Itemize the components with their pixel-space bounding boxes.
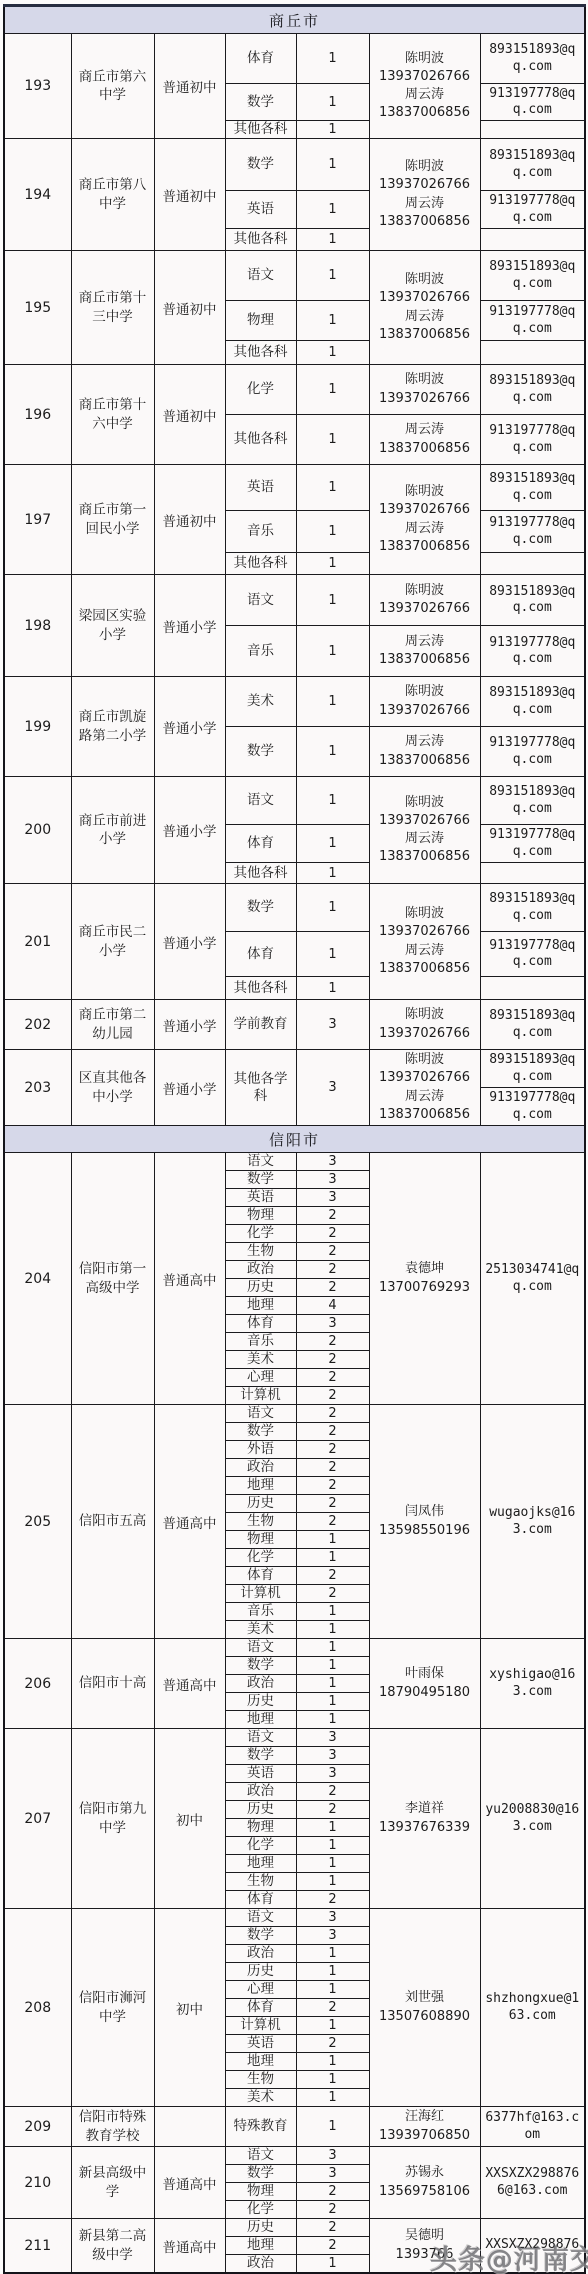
recruitment-table: 商丘市193商丘市第六中学普通初中体育1陈明波13937026766周云涛138… xyxy=(3,4,586,2274)
subject-count-cell: 1 xyxy=(296,1693,369,1711)
contact-cell: 袁德坤13700769293 xyxy=(369,1153,480,1405)
school-name-cell: 商丘市第六中学 xyxy=(71,34,154,139)
email-cell: 893151893@qq.com xyxy=(480,575,585,626)
school-name-cell: 商丘市第八中学 xyxy=(71,139,154,251)
subject-cell: 化学 xyxy=(225,1837,296,1855)
email-cell: 893151893@qq.com xyxy=(480,251,585,301)
subject-count-cell: 1 xyxy=(296,977,369,1000)
contact-line: 13837006856 xyxy=(372,326,478,344)
email-cell: 893151893@qq.com xyxy=(480,1050,585,1088)
school-name-cell: 信阳市第一高级中学 xyxy=(71,1153,154,1405)
school-type-cell: 普通小学 xyxy=(154,884,225,1000)
subject-count-cell: 1 xyxy=(296,84,369,121)
subject-cell: 其他各科 xyxy=(225,341,296,365)
subject-count-cell: 1 xyxy=(296,251,369,301)
school-name-cell: 信阳市第九中学 xyxy=(71,1729,154,1909)
subject-cell: 体育 xyxy=(225,1999,296,2017)
subject-count-cell: 1 xyxy=(296,884,369,932)
subject-count-cell: 1 xyxy=(296,825,369,863)
subject-count-cell: 1 xyxy=(296,121,369,139)
subject-count-cell: 3 xyxy=(296,1927,369,1945)
subject-cell: 其他各科 xyxy=(225,229,296,251)
subject-count-cell: 1 xyxy=(296,1873,369,1891)
contact-line: 周云涛 xyxy=(372,520,478,538)
city-header-row: 商丘市 xyxy=(4,6,585,34)
contact-line: 李道祥 xyxy=(372,1800,478,1818)
school-type-cell: 初中 xyxy=(154,1909,225,2107)
subject-cell: 地理 xyxy=(225,2053,296,2071)
email-cell: 913197778@qq.com xyxy=(480,825,585,863)
subject-count-cell: 1 xyxy=(296,415,369,465)
school-name-cell: 商丘市第十六中学 xyxy=(71,365,154,465)
subject-cell: 化学 xyxy=(225,1549,296,1567)
contact-line: 13837006856 xyxy=(372,960,478,978)
contact-line: 吴德明 xyxy=(372,2227,478,2245)
row-number-cell: 193 xyxy=(4,34,71,139)
contact-line: 1393766 xyxy=(372,2246,478,2264)
school-name-cell: 商丘市第二幼儿园 xyxy=(71,1000,154,1050)
contact-line: 叶雨保 xyxy=(372,1665,478,1683)
subject-count-cell: 2 xyxy=(296,1351,369,1369)
subject-count-cell: 1 xyxy=(296,932,369,977)
subject-cell: 地理 xyxy=(225,2237,296,2255)
contact-cell: 汪海红13939706850 xyxy=(369,2107,480,2147)
subject-count-cell: 1 xyxy=(296,1963,369,1981)
subject-cell: 体育 xyxy=(225,34,296,84)
table-row: 193商丘市第六中学普通初中体育1陈明波13937026766周云涛138370… xyxy=(4,34,585,84)
email-cell: 893151893@qq.com xyxy=(480,365,585,415)
subject-cell: 语文 xyxy=(225,1909,296,1927)
contact-cell: 闫凤伟13598550196 xyxy=(369,1405,480,1639)
subject-cell: 语文 xyxy=(225,777,296,825)
contact-cell: 陈明波13937026766 xyxy=(369,1000,480,1050)
subject-count-cell: 2 xyxy=(296,1423,369,1441)
subject-count-cell: 3 xyxy=(296,2165,369,2183)
contact-line: 13937676339 xyxy=(372,1819,478,1837)
subject-count-cell: 1 xyxy=(296,1819,369,1837)
email-cell: 913197778@qq.com xyxy=(480,1088,585,1126)
subject-cell: 化学 xyxy=(225,2201,296,2219)
subject-count-cell: 1 xyxy=(296,2053,369,2071)
email-cell: 913197778@qq.com xyxy=(480,301,585,341)
email-cell: 913197778@qq.com xyxy=(480,191,585,229)
subject-cell: 数学 xyxy=(225,84,296,121)
school-name-cell: 商丘市第十三中学 xyxy=(71,251,154,365)
contact-line: 13700769293 xyxy=(372,1279,478,1297)
subject-cell: 物理 xyxy=(225,2183,296,2201)
subject-cell: 计算机 xyxy=(225,1387,296,1405)
subject-count-cell: 3 xyxy=(296,1171,369,1189)
subject-cell: 体育 xyxy=(225,1315,296,1333)
email-cell: 913197778@qq.com xyxy=(480,932,585,977)
contact-line: 周云涛 xyxy=(372,733,478,751)
email-cell: 893151893@qq.com xyxy=(480,1000,585,1050)
subject-count-cell: 2 xyxy=(296,1459,369,1477)
email-cell: 913197778@qq.com xyxy=(480,511,585,553)
subject-cell: 英语 xyxy=(225,1765,296,1783)
contact-line: 周云涛 xyxy=(372,1088,478,1106)
contact-line: 陈明波 xyxy=(372,1006,478,1024)
school-name-cell: 新县第二高级中学 xyxy=(71,2219,154,2274)
subject-cell: 体育 xyxy=(225,932,296,977)
subject-cell: 地理 xyxy=(225,1297,296,1315)
contact-cell: 陈明波13937026766 xyxy=(369,575,480,626)
subject-cell: 体育 xyxy=(225,1567,296,1585)
subject-count-cell: 1 xyxy=(296,511,369,553)
school-type-cell: 普通小学 xyxy=(154,677,225,777)
subject-cell: 语文 xyxy=(225,2147,296,2165)
table-row: 202商丘市第二幼儿园普通小学学前教育3陈明波13937026766893151… xyxy=(4,1000,585,1050)
contact-line: 13937026766 xyxy=(372,923,478,941)
contact-line: 13837006856 xyxy=(372,848,478,866)
contact-line: 13598550196 xyxy=(372,1522,478,1540)
row-number-cell: 197 xyxy=(4,465,71,575)
table-row: 198梁园区实验小学普通小学语文1陈明波13937026766893151893… xyxy=(4,575,585,626)
subject-count-cell: 1 xyxy=(296,777,369,825)
email-cell: XXSXZX2988766@163.com xyxy=(480,2147,585,2219)
subject-count-cell: 1 xyxy=(296,301,369,341)
contact-cell: 苏锡永13569758106 xyxy=(369,2147,480,2219)
school-type-cell: 普通初中 xyxy=(154,251,225,365)
row-number-cell: 206 xyxy=(4,1639,71,1729)
contact-line: 13837006856 xyxy=(372,651,478,669)
contact-line: 陈明波 xyxy=(372,483,478,501)
subject-cell: 语文 xyxy=(225,1729,296,1747)
subject-cell: 音乐 xyxy=(225,626,296,677)
email-cell: 893151893@qq.com xyxy=(480,677,585,727)
contact-cell: 周云涛13837006856 xyxy=(369,727,480,777)
email-cell xyxy=(480,863,585,884)
subject-count-cell: 2 xyxy=(296,1801,369,1819)
table-row: 206信阳市十高普通高中语文1叶雨保18790495180xyshigao@16… xyxy=(4,1639,585,1657)
contact-line: 陈明波 xyxy=(372,582,478,600)
contact-cell: 陈明波13937026766 xyxy=(369,365,480,415)
subject-cell: 历史 xyxy=(225,1693,296,1711)
row-number-cell: 200 xyxy=(4,777,71,884)
email-cell: 6377hf@163.com xyxy=(480,2107,585,2147)
school-name-cell: 商丘市凯旋路第二小学 xyxy=(71,677,154,777)
subject-count-cell: 2 xyxy=(296,1783,369,1801)
subject-cell: 数学 xyxy=(225,1927,296,1945)
school-type-cell: 普通高中 xyxy=(154,1153,225,1405)
subject-count-cell: 1 xyxy=(296,1603,369,1621)
subject-count-cell: 1 xyxy=(296,2089,369,2107)
contact-cell: 周云涛13837006856 xyxy=(369,415,480,465)
page: { "watermark": "头条@河南交通广播", "table": { "… xyxy=(0,0,588,2274)
email-cell: yu2008830@163.com xyxy=(480,1729,585,1909)
table-row: 195商丘市第十三中学普通初中语文1陈明波13937026766周云涛13837… xyxy=(4,251,585,301)
table-row: 194商丘市第八中学普通初中数学1陈明波13937026766周云涛138370… xyxy=(4,139,585,191)
subject-cell: 语文 xyxy=(225,1639,296,1657)
subject-cell: 语文 xyxy=(225,251,296,301)
subject-count-cell: 1 xyxy=(296,1531,369,1549)
subject-count-cell: 1 xyxy=(296,465,369,511)
subject-cell: 音乐 xyxy=(225,511,296,553)
table-row: 201商丘市民二小学普通小学数学1陈明波13937026766周云涛138370… xyxy=(4,884,585,932)
subject-cell: 数学 xyxy=(225,2165,296,2183)
school-type-cell: 普通初中 xyxy=(154,139,225,251)
subject-cell: 物理 xyxy=(225,1819,296,1837)
subject-cell: 语文 xyxy=(225,1153,296,1171)
subject-count-cell: 1 xyxy=(296,2071,369,2089)
subject-count-cell: 3 xyxy=(296,1747,369,1765)
row-number-cell: 202 xyxy=(4,1000,71,1050)
contact-cell: 李道祥13937676339 xyxy=(369,1729,480,1909)
subject-count-cell: 1 xyxy=(296,626,369,677)
subject-cell: 计算机 xyxy=(225,1585,296,1603)
row-number-cell: 209 xyxy=(4,2107,71,2147)
subject-cell: 生物 xyxy=(225,1243,296,1261)
email-cell: 913197778@qq.com xyxy=(480,626,585,677)
subject-cell: 音乐 xyxy=(225,1333,296,1351)
school-type-cell: 普通小学 xyxy=(154,575,225,677)
row-number-cell: 194 xyxy=(4,139,71,251)
subject-count-cell: 1 xyxy=(296,2255,369,2274)
subject-count-cell: 2 xyxy=(296,1225,369,1243)
contact-line: 陈明波 xyxy=(372,371,478,389)
school-type-cell: 普通高中 xyxy=(154,1639,225,1729)
subject-cell: 数学 xyxy=(225,139,296,191)
email-cell xyxy=(480,553,585,575)
school-name-cell: 商丘市前进小学 xyxy=(71,777,154,884)
subject-cell: 政治 xyxy=(225,1675,296,1693)
subject-cell: 地理 xyxy=(225,1711,296,1729)
table-row: 200商丘市前进小学普通小学语文1陈明波13937026766周云涛138370… xyxy=(4,777,585,825)
subject-count-cell: 2 xyxy=(296,1495,369,1513)
contact-line: 陈明波 xyxy=(372,1051,478,1069)
table-row: 207信阳市第九中学初中语文3李道祥13937676339yu2008830@1… xyxy=(4,1729,585,1747)
contact-cell: 陈明波13937026766周云涛13837006856 xyxy=(369,884,480,1000)
email-cell: 913197778@qq.com xyxy=(480,415,585,465)
subject-cell: 英语 xyxy=(225,1189,296,1207)
subject-cell: 语文 xyxy=(225,1405,296,1423)
subject-cell: 美术 xyxy=(225,677,296,727)
row-number-cell: 207 xyxy=(4,1729,71,1909)
subject-count-cell: 1 xyxy=(296,677,369,727)
subject-cell: 美术 xyxy=(225,1621,296,1639)
row-number-cell: 195 xyxy=(4,251,71,365)
subject-cell: 其他各科 xyxy=(225,553,296,575)
school-type-cell: 普通高中 xyxy=(154,1405,225,1639)
subject-cell: 物理 xyxy=(225,1531,296,1549)
subject-count-cell: 2 xyxy=(296,1513,369,1531)
subject-count-cell: 1 xyxy=(296,1855,369,1873)
school-type-cell: 普通初中 xyxy=(154,465,225,575)
subject-count-cell: 2 xyxy=(296,1207,369,1225)
subject-count-cell: 1 xyxy=(296,1675,369,1693)
contact-cell: 陈明波13937026766周云涛13837006856 xyxy=(369,139,480,251)
subject-count-cell: 1 xyxy=(296,1639,369,1657)
subject-cell: 学前教育 xyxy=(225,1000,296,1050)
subject-count-cell: 3 xyxy=(296,1729,369,1747)
email-cell: 893151893@qq.com xyxy=(480,777,585,825)
subject-cell: 美术 xyxy=(225,1351,296,1369)
subject-count-cell: 3 xyxy=(296,2147,369,2165)
email-cell: 893151893@qq.com xyxy=(480,884,585,932)
subject-count-cell: 3 xyxy=(296,1909,369,1927)
subject-cell: 心理 xyxy=(225,1981,296,1999)
subject-count-cell: 4 xyxy=(296,1297,369,1315)
subject-count-cell: 2 xyxy=(296,1441,369,1459)
school-name-cell: 梁园区实验小学 xyxy=(71,575,154,677)
city-header-row: 信阳市 xyxy=(4,1126,585,1153)
subject-cell: 物理 xyxy=(225,301,296,341)
table-row: 209信阳市特殊教育学校特殊教育1汪海红139397068506377hf@16… xyxy=(4,2107,585,2147)
contact-line: 周云涛 xyxy=(372,308,478,326)
contact-line: 13569758106 xyxy=(372,2183,478,2201)
email-cell: xyshigao@163.com xyxy=(480,1639,585,1729)
school-type-cell: 普通初中 xyxy=(154,365,225,465)
subject-cell: 其他各学科 xyxy=(225,1050,296,1126)
subject-count-cell: 1 xyxy=(296,139,369,191)
subject-cell: 历史 xyxy=(225,1279,296,1297)
contact-line: 汪海红 xyxy=(372,2108,478,2126)
table-row: 196商丘市第十六中学普通初中化学1陈明波1393702676689315189… xyxy=(4,365,585,415)
subject-count-cell: 1 xyxy=(296,553,369,575)
email-cell: 893151893@qq.com xyxy=(480,139,585,191)
contact-line: 13937026766 xyxy=(372,1069,478,1087)
contact-line: 陈明波 xyxy=(372,158,478,176)
contact-line: 13837006856 xyxy=(372,752,478,770)
city-header: 信阳市 xyxy=(4,1126,585,1153)
school-name-cell: 信阳市十高 xyxy=(71,1639,154,1729)
school-type-cell: 普通高中 xyxy=(154,2147,225,2219)
contact-line: 刘世强 xyxy=(372,1989,478,2007)
school-type-cell xyxy=(154,2107,225,2147)
contact-line: 13937026766 xyxy=(372,702,478,720)
contact-line: 13937026766 xyxy=(372,68,478,86)
contact-line: 周云涛 xyxy=(372,633,478,651)
contact-line: 周云涛 xyxy=(372,86,478,104)
subject-count-cell: 1 xyxy=(296,229,369,251)
subject-cell: 物理 xyxy=(225,1207,296,1225)
subject-cell: 政治 xyxy=(225,1261,296,1279)
school-type-cell: 普通小学 xyxy=(154,1050,225,1126)
city-header: 商丘市 xyxy=(4,6,585,34)
school-name-cell: 商丘市第一回民小学 xyxy=(71,465,154,575)
subject-count-cell: 1 xyxy=(296,1657,369,1675)
contact-line: 陈明波 xyxy=(372,683,478,701)
subject-cell: 化学 xyxy=(225,1225,296,1243)
contact-line: 18790495180 xyxy=(372,1684,478,1702)
contact-line: 13837006856 xyxy=(372,538,478,556)
recruitment-table-body: 商丘市193商丘市第六中学普通初中体育1陈明波13937026766周云涛138… xyxy=(4,6,585,2274)
subject-count-cell: 1 xyxy=(296,1981,369,1999)
contact-line: 13507608890 xyxy=(372,2008,478,2026)
table-row: 210新县高级中学普通高中语文3苏锡永13569758106XXSXZX2988… xyxy=(4,2147,585,2165)
contact-line: 13837006856 xyxy=(372,213,478,231)
subject-cell: 数学 xyxy=(225,1423,296,1441)
school-name-cell: 新县高级中学 xyxy=(71,2147,154,2219)
row-number-cell: 208 xyxy=(4,1909,71,2107)
subject-cell: 政治 xyxy=(225,1783,296,1801)
contact-line: 陈明波 xyxy=(372,271,478,289)
row-number-cell: 196 xyxy=(4,365,71,465)
contact-line: 13937026766 xyxy=(372,390,478,408)
spreadsheet-capture: 商丘市193商丘市第六中学普通初中体育1陈明波13937026766周云涛138… xyxy=(3,4,586,2274)
subject-count-cell: 1 xyxy=(296,1621,369,1639)
subject-count-cell: 3 xyxy=(296,1189,369,1207)
subject-count-cell: 2 xyxy=(296,1369,369,1387)
contact-cell: 陈明波13937026766周云涛13837006856 xyxy=(369,251,480,365)
subject-cell: 英语 xyxy=(225,465,296,511)
email-cell: shzhongxue@163.com xyxy=(480,1909,585,2107)
subject-cell: 地理 xyxy=(225,1477,296,1495)
subject-count-cell: 3 xyxy=(296,1153,369,1171)
table-row: 204信阳市第一高级中学普通高中语文3袁德坤137007692932513034… xyxy=(4,1153,585,1171)
subject-count-cell: 2 xyxy=(296,1387,369,1405)
subject-count-cell: 2 xyxy=(296,2219,369,2237)
subject-count-cell: 3 xyxy=(296,1000,369,1050)
contact-line: 周云涛 xyxy=(372,421,478,439)
subject-cell: 其他各科 xyxy=(225,121,296,139)
contact-cell: 周云涛13837006856 xyxy=(369,626,480,677)
subject-count-cell: 2 xyxy=(296,2183,369,2201)
contact-line: 袁德坤 xyxy=(372,1260,478,1278)
subject-cell: 其他各科 xyxy=(225,977,296,1000)
subject-count-cell: 2 xyxy=(296,2201,369,2219)
table-row: 197商丘市第一回民小学普通初中英语1陈明波13937026766周云涛1383… xyxy=(4,465,585,511)
subject-cell: 历史 xyxy=(225,1963,296,1981)
subject-count-cell: 2 xyxy=(296,1585,369,1603)
subject-cell: 生物 xyxy=(225,2071,296,2089)
contact-line: 周云涛 xyxy=(372,830,478,848)
contact-line: 周云涛 xyxy=(372,942,478,960)
school-name-cell: 信阳市特殊教育学校 xyxy=(71,2107,154,2147)
table-row: 203区直其他各中小学普通小学其他各学科3陈明波13937026766周云涛13… xyxy=(4,1050,585,1088)
contact-cell: 陈明波13937026766周云涛13837006856 xyxy=(369,465,480,575)
subject-count-cell: 1 xyxy=(296,1549,369,1567)
subject-cell: 历史 xyxy=(225,1495,296,1513)
subject-cell: 历史 xyxy=(225,2219,296,2237)
contact-line: 13837006856 xyxy=(372,104,478,122)
contact-line: 闫凤伟 xyxy=(372,1503,478,1521)
subject-cell: 外语 xyxy=(225,1441,296,1459)
subject-cell: 数学 xyxy=(225,884,296,932)
school-name-cell: 区直其他各中小学 xyxy=(71,1050,154,1126)
email-cell xyxy=(480,341,585,365)
subject-cell: 体育 xyxy=(225,825,296,863)
subject-count-cell: 1 xyxy=(296,365,369,415)
subject-count-cell: 1 xyxy=(296,1945,369,1963)
subject-cell: 特殊教育 xyxy=(225,2107,296,2147)
email-cell: 893151893@qq.com xyxy=(480,465,585,511)
school-type-cell: 初中 xyxy=(154,1729,225,1909)
subject-cell: 生物 xyxy=(225,1873,296,1891)
contact-line: 陈明波 xyxy=(372,50,478,68)
school-type-cell: 普通小学 xyxy=(154,777,225,884)
subject-count-cell: 1 xyxy=(296,1837,369,1855)
row-number-cell: 201 xyxy=(4,884,71,1000)
subject-cell: 数学 xyxy=(225,1657,296,1675)
email-cell: 913197778@qq.com xyxy=(480,727,585,777)
table-row: 199商丘市凯旋路第二小学普通小学美术1陈明波13937026766893151… xyxy=(4,677,585,727)
school-name-cell: 信阳市浉河中学 xyxy=(71,1909,154,2107)
row-number-cell: 199 xyxy=(4,677,71,777)
school-type-cell: 普通小学 xyxy=(154,1000,225,1050)
row-number-cell: 203 xyxy=(4,1050,71,1126)
subject-cell: 历史 xyxy=(225,1801,296,1819)
contact-line: 13937026766 xyxy=(372,1025,478,1043)
row-number-cell: 204 xyxy=(4,1153,71,1405)
subject-cell: 化学 xyxy=(225,365,296,415)
row-number-cell: 210 xyxy=(4,2147,71,2219)
subject-cell: 地理 xyxy=(225,1855,296,1873)
contact-cell: 陈明波13937026766周云涛13837006856 xyxy=(369,777,480,884)
subject-cell: 生物 xyxy=(225,1513,296,1531)
subject-count-cell: 1 xyxy=(296,2017,369,2035)
contact-line: 苏锡永 xyxy=(372,2164,478,2182)
